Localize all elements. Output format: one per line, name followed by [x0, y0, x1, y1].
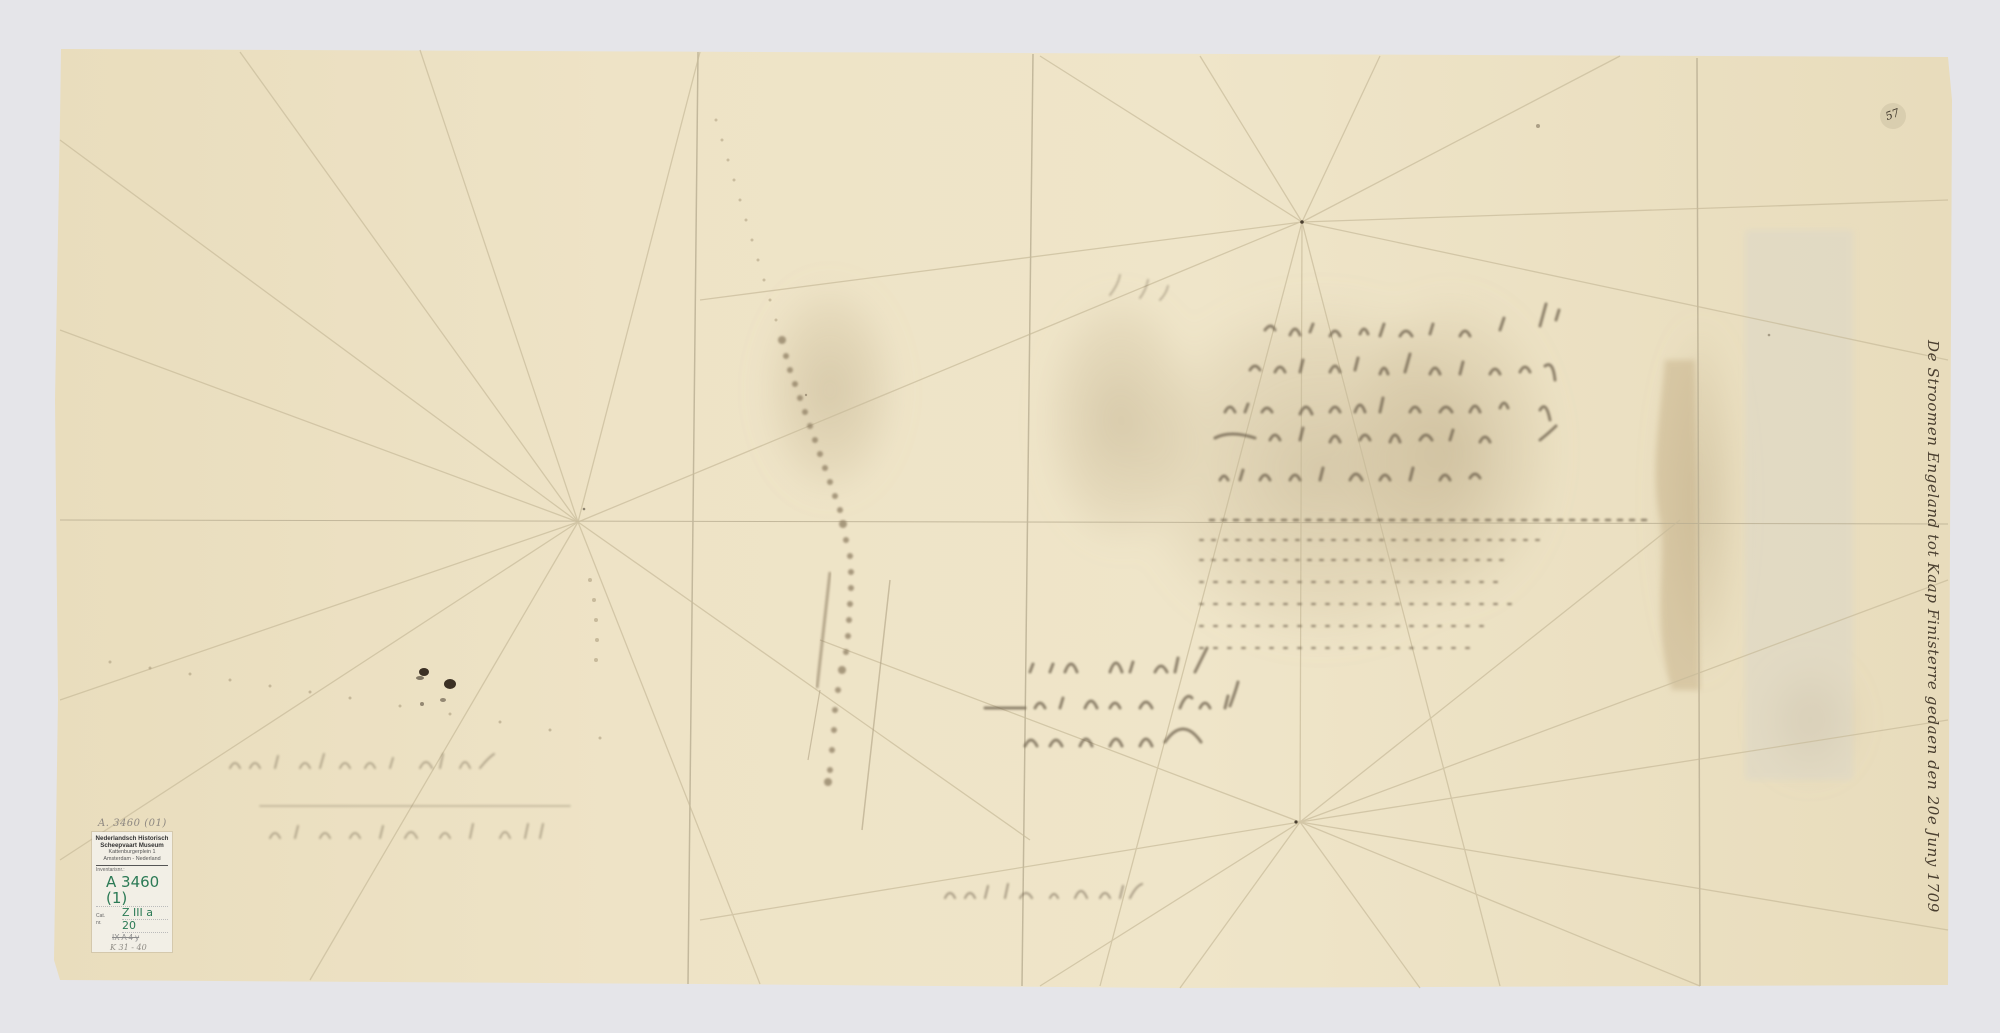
inventory-number: A 3460 (1)	[96, 874, 168, 907]
paper-svg	[0, 0, 2000, 1033]
label-divider	[96, 865, 168, 866]
catalogue-line-2: 20	[122, 920, 168, 933]
museum-label: Nederlandsch Historisch Scheepvaart Muse…	[92, 832, 172, 952]
address-line-1: Kattenburgerplein 1	[92, 849, 172, 856]
catalogue-values: Z III a 20	[112, 907, 168, 933]
struck-entry: IX A 4 y	[92, 933, 172, 943]
chart-sheet: 57 De Stroomen Engeland tot Kaap Finiste…	[0, 0, 2000, 1033]
catalogue-field-label: Cat. nr.	[96, 913, 112, 927]
address-line-2: Amsterdam - Nederland	[92, 856, 172, 863]
institution-name-1: Nederlandsch Historisch	[92, 835, 172, 842]
pencil-entry: K 31 - 40	[92, 943, 172, 952]
stain-edge	[1656, 360, 1700, 690]
pencil-inventory-note: A. 3460 (01)	[98, 818, 167, 829]
paper-repair-patch	[1745, 230, 1853, 780]
endorsement-inscription: De Stroomen Engeland tot Kaap Finisterre…	[1924, 340, 1942, 913]
institution-name-2: Scheepvaart Museum	[92, 842, 172, 849]
catalogue-row: Cat. nr. Z III a 20	[96, 907, 168, 933]
